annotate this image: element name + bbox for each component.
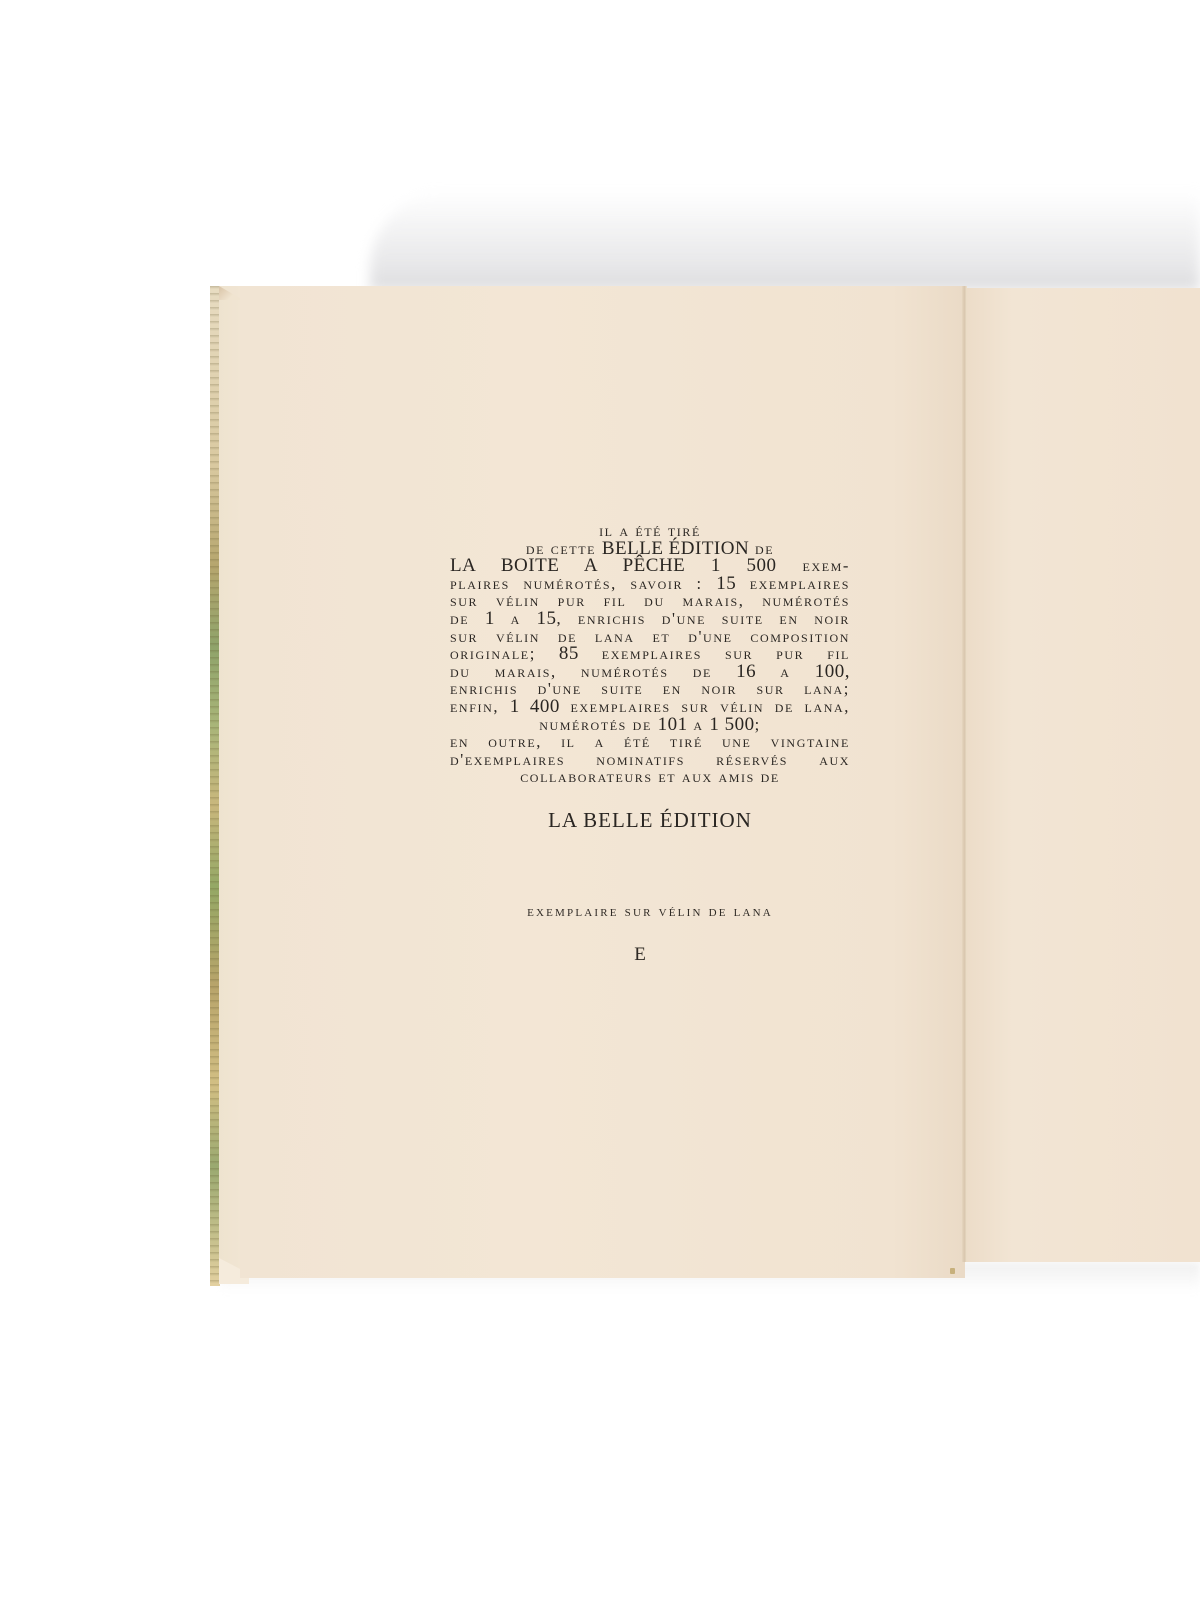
page-tab bbox=[950, 1268, 955, 1274]
book-gutter bbox=[962, 286, 967, 1262]
flyleaf bbox=[219, 286, 242, 1276]
colophon-line: COLLABORATEURS ET AUX AMIS DE bbox=[450, 768, 850, 786]
colophon-line: ORIGINALE; 85 EXEMPLAIRES SUR PUR FIL bbox=[450, 645, 850, 663]
colophon-line: D'EXEMPLAIRES NOMINATIFS RÉSERVÉS AUX bbox=[450, 751, 850, 769]
colophon-line: SUR VÉLIN DE LANA ET D'UNE COMPOSITION bbox=[450, 628, 850, 646]
colophon-line: SUR VÉLIN PUR FIL DU MARAIS, NUMÉROTÉS bbox=[450, 592, 850, 610]
right-page bbox=[966, 288, 1200, 1262]
colophon-line: EN OUTRE, IL A ÉTÉ TIRÉ UNE VINGTAINE bbox=[450, 733, 850, 751]
colophon-line: ENFIN, 1 400 EXEMPLAIRES SUR VÉLIN DE LA… bbox=[450, 698, 850, 716]
colophon-line: LA BOITE A PÊCHE 1 500 EXEM- bbox=[450, 557, 850, 575]
colophon-line: DU MARAIS, NUMÉROTÉS DE 16 A 100, bbox=[450, 663, 850, 681]
colophon-line: NUMÉROTÉS DE 101 A 1 500; bbox=[450, 716, 850, 734]
copy-paper-note: EXEMPLAIRE SUR VÉLIN DE LANA bbox=[440, 904, 860, 921]
shadow bbox=[370, 190, 1200, 290]
book-photo-scene: IL A ÉTÉ TIRÉDE CETTE BELLE ÉDITION DELA… bbox=[0, 0, 1200, 1600]
colophon-line: DE 1 A 15, ENRICHIS D'UNE SUITE EN NOIR bbox=[450, 610, 850, 628]
colophon-text: IL A ÉTÉ TIRÉDE CETTE BELLE ÉDITION DELA… bbox=[450, 522, 850, 786]
copy-letter: E bbox=[600, 944, 680, 966]
colophon-line: PLAIRES NUMÉROTÉS, SAVOIR : 15 EXEMPLAIR… bbox=[450, 575, 850, 593]
publisher-title: LA BELLE ÉDITION bbox=[450, 808, 850, 832]
